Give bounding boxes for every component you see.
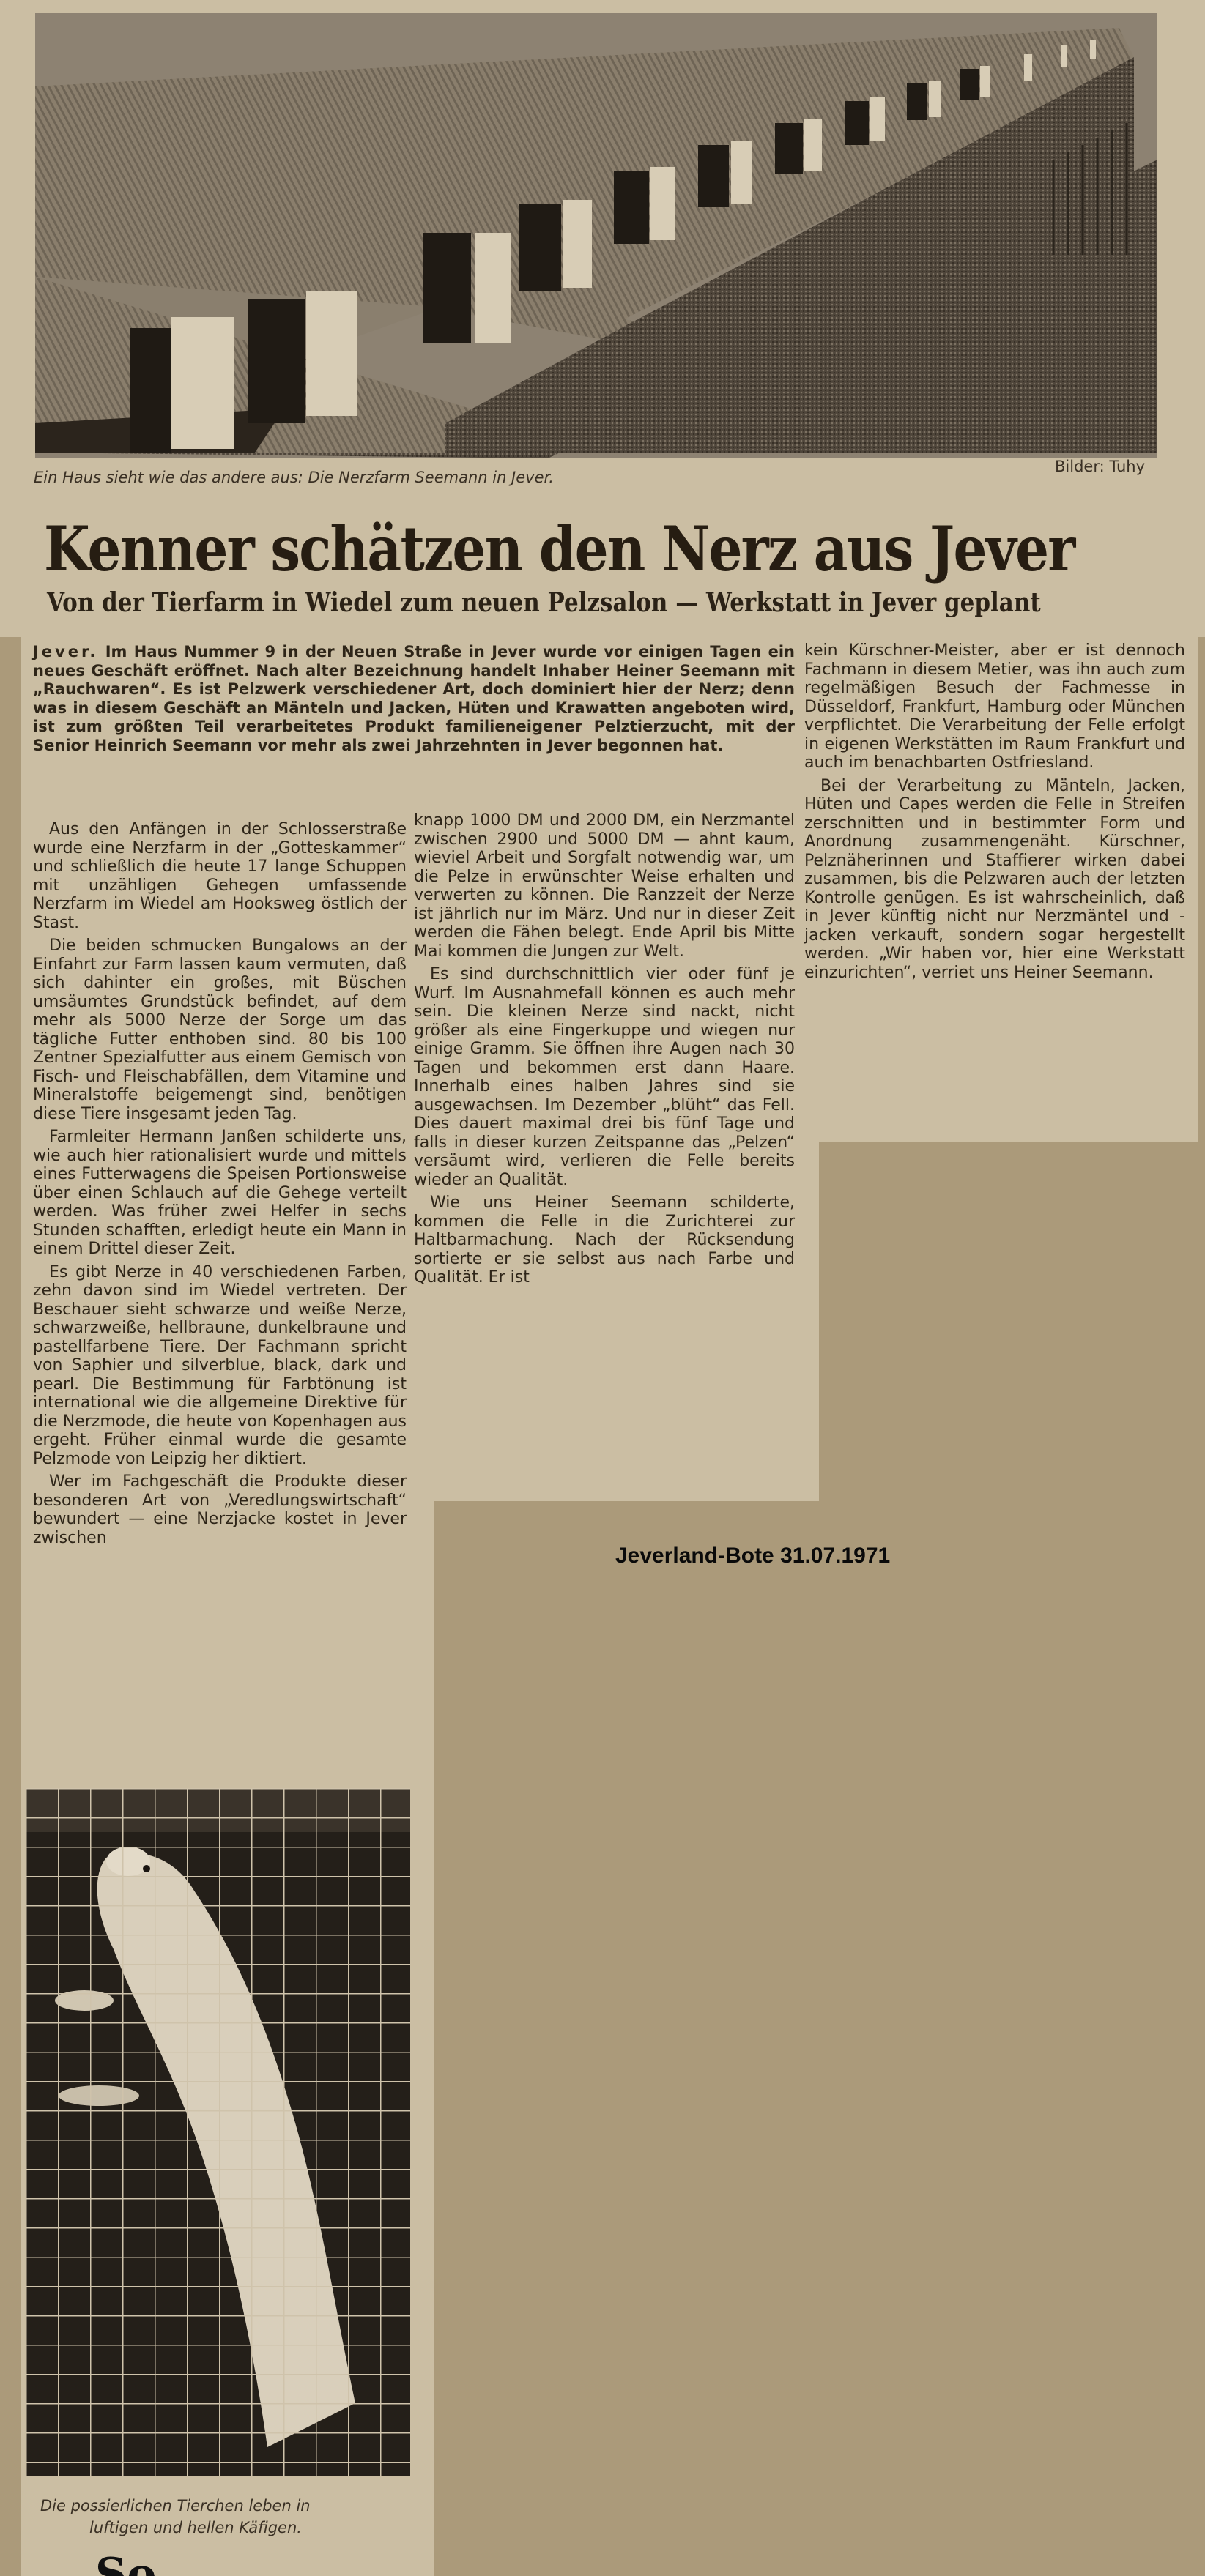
- mink-cage-photo: [26, 1788, 410, 2476]
- paragraph: Die beiden schmucken Bungalows an der Ei…: [33, 937, 407, 1123]
- cut-off-headline-fragment: So: [95, 2553, 156, 2576]
- article-lead: Jever. Im Haus Nummer 9 in der Neuen Str…: [33, 643, 795, 755]
- paragraph: kein Kürschner-Meister, aber er ist denn…: [804, 641, 1185, 773]
- paragraph: Wie uns Heiner Seemann schilderte, komme…: [414, 1194, 795, 1287]
- article-column-3: kein Kürschner-Meister, aber er ist denn…: [804, 641, 1185, 986]
- paragraph: Farmleiter Hermann Janßen schilderte uns…: [33, 1128, 407, 1259]
- source-annotation: Jeverland-Bote 31.07.1971: [615, 1544, 890, 1568]
- paragraph: Es sind durchschnittlich vier oder fünf …: [414, 965, 795, 1189]
- paragraph: Es gibt Nerze in 40 verschiedenen Farben…: [33, 1263, 407, 1469]
- photo-credit: Bilder: Tuhy: [1055, 458, 1145, 475]
- top-photo-caption: Ein Haus sieht wie das andere aus: Die N…: [34, 469, 554, 486]
- lead-text: Im Haus Nummer 9 in der Neuen Straße in …: [33, 643, 795, 754]
- mink-in-cage-image: [26, 1788, 410, 2476]
- article-headline: Kenner schätzen den Nerz aus Jever: [44, 513, 1014, 585]
- paragraph: knapp 1000 DM und 2000 DM, ein Nerzmante…: [414, 811, 795, 961]
- article-subheadline: Von der Tierfarm in Wiedel zum neuen Pel…: [47, 587, 1118, 618]
- mink-farm-photo: [35, 13, 1157, 458]
- paragraph: Wer im Fachgeschäft die Produkte dieser …: [33, 1473, 407, 1547]
- bottom-photo-caption-line-1: Die possierlichen Tierchen leben in: [40, 2497, 311, 2514]
- dateline: Jever.: [33, 643, 98, 660]
- article-column-2: knapp 1000 DM und 2000 DM, ein Nerzmante…: [414, 811, 795, 1292]
- paragraph: Bei der Verarbeitung zu Mänteln, Jacken,…: [804, 777, 1185, 983]
- article-column-1: Aus den Anfängen in der Schlosserstraße …: [33, 820, 407, 1552]
- bottom-photo-caption-line-2: luftigen und hellen Käfigen.: [89, 2519, 302, 2536]
- mink-sheds-image: [35, 13, 1157, 458]
- paragraph: Aus den Anfängen in der Schlosserstraße …: [33, 820, 407, 932]
